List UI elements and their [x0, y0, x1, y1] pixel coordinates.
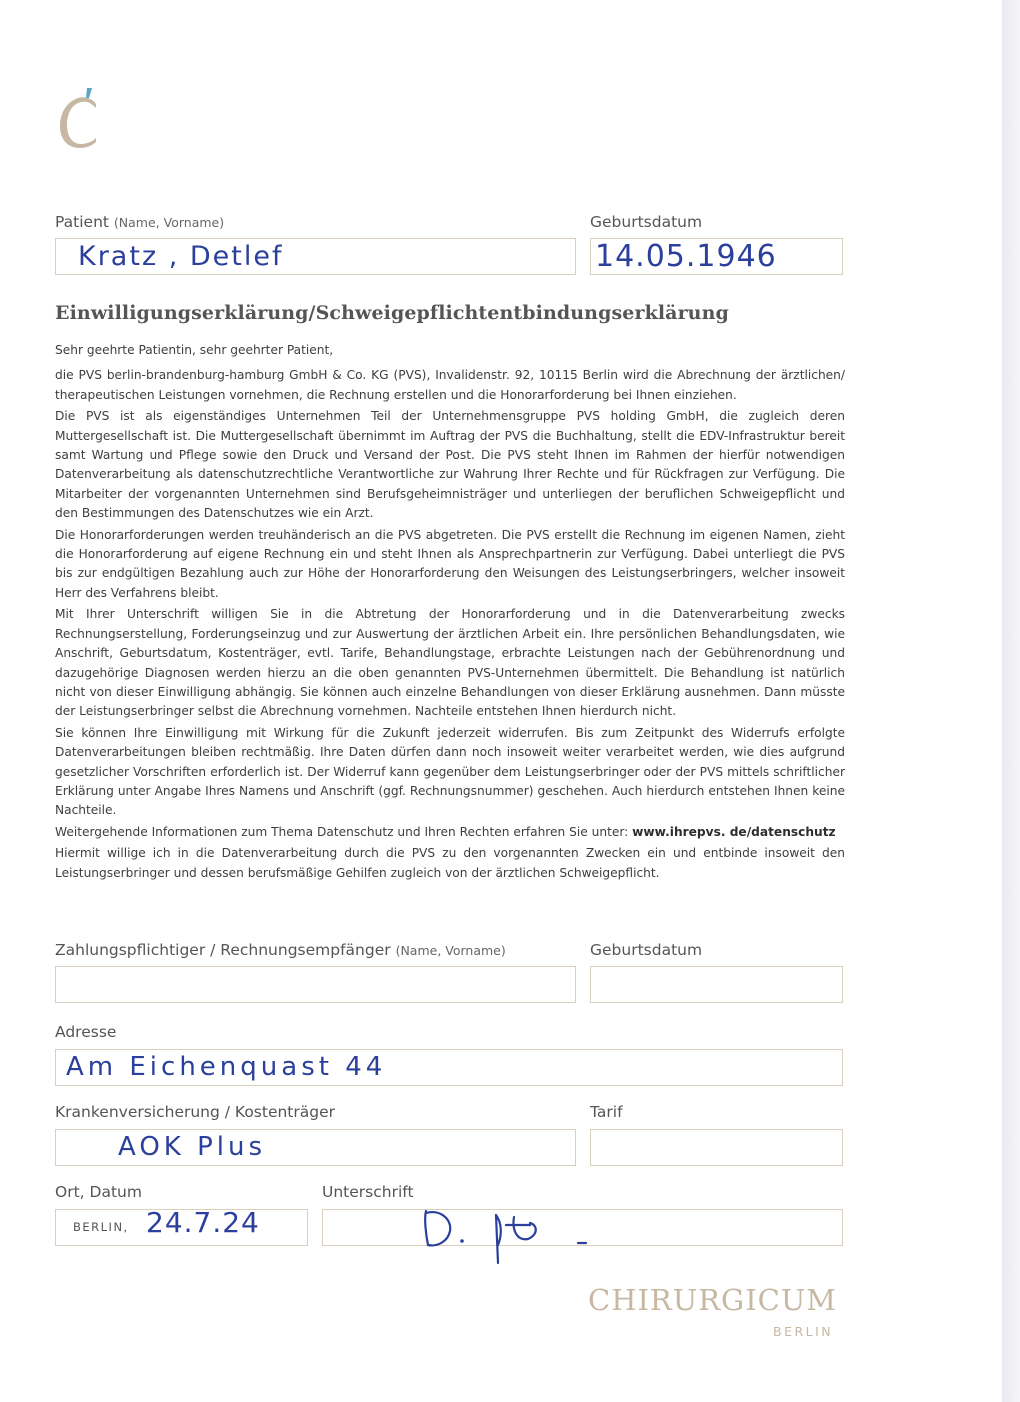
greeting: Sehr geehrte Patientin, sehr geehrter Pa…: [55, 341, 845, 360]
privacy-link[interactable]: www.ihrepvs. de/datenschutz: [632, 825, 835, 839]
document-page: Patient (Name, Vorname) Geburtsdatum Kra…: [0, 0, 1002, 1402]
patient-name-value: Kratz , Detlef: [78, 241, 283, 272]
tariff-label: Tarif: [590, 1103, 623, 1121]
paragraph-declaration: Hiermit willige ich in die Datenverarbei…: [55, 844, 845, 883]
place-printed: BERLIN,: [73, 1220, 129, 1234]
patient-label: Patient (Name, Vorname): [55, 213, 224, 231]
paragraph-info: Weitergehende Informationen zum Thema Da…: [55, 823, 845, 842]
handwritten-signature: [418, 1205, 598, 1270]
paragraph-revocation: Sie können Ihre Einwilligung mit Wirkung…: [55, 724, 845, 821]
payer-label: Zahlungspflichtiger / Rechnungsempfänger…: [55, 941, 506, 959]
payer-birthdate-label: Geburtsdatum: [590, 941, 702, 959]
tariff-field[interactable]: [590, 1129, 843, 1166]
patient-birthdate-field[interactable]: 14.05.1946: [590, 238, 843, 275]
patient-birthdate-value: 14.05.1946: [595, 239, 777, 274]
scan-edge: [1002, 0, 1020, 1402]
consent-body: Sehr geehrte Patientin, sehr geehrter Pa…: [55, 341, 845, 885]
paragraph-holding: Die PVS ist als eigenständiges Unternehm…: [55, 407, 845, 523]
address-field[interactable]: Am Eichenquast 44: [55, 1049, 843, 1086]
insurance-field[interactable]: AOK Plus: [55, 1129, 576, 1166]
paragraph-pvs-intro: die PVS berlin-brandenburg-hamburg GmbH …: [55, 366, 845, 405]
brand-subtitle: BERLIN: [773, 1324, 833, 1339]
document-title: Einwilligungserklärung/Schweigepflichten…: [55, 302, 729, 324]
paragraph-consent-scope: Mit Ihrer Unterschrift willigen Sie in d…: [55, 605, 845, 721]
insurance-label: Krankenversicherung / Kostenträger: [55, 1103, 335, 1121]
patient-name-field[interactable]: Kratz , Detlef: [55, 238, 576, 275]
payer-name-field[interactable]: [55, 966, 576, 1003]
signature-label: Unterschrift: [322, 1183, 414, 1201]
paragraph-assignment: Die Honorarforderungen werden treuhänder…: [55, 526, 845, 604]
birthdate-label: Geburtsdatum: [590, 213, 702, 231]
brand-name: CHIRURGICUM: [588, 1283, 837, 1317]
address-value: Am Eichenquast 44: [66, 1052, 386, 1082]
payer-birthdate-field[interactable]: [590, 966, 843, 1003]
address-label: Adresse: [55, 1023, 116, 1041]
insurance-value: AOK Plus: [118, 1132, 266, 1162]
c-apostrophe-logo-icon: [52, 82, 112, 162]
place-date-label: Ort, Datum: [55, 1183, 142, 1201]
date-value: 24.7.24: [146, 1206, 260, 1239]
